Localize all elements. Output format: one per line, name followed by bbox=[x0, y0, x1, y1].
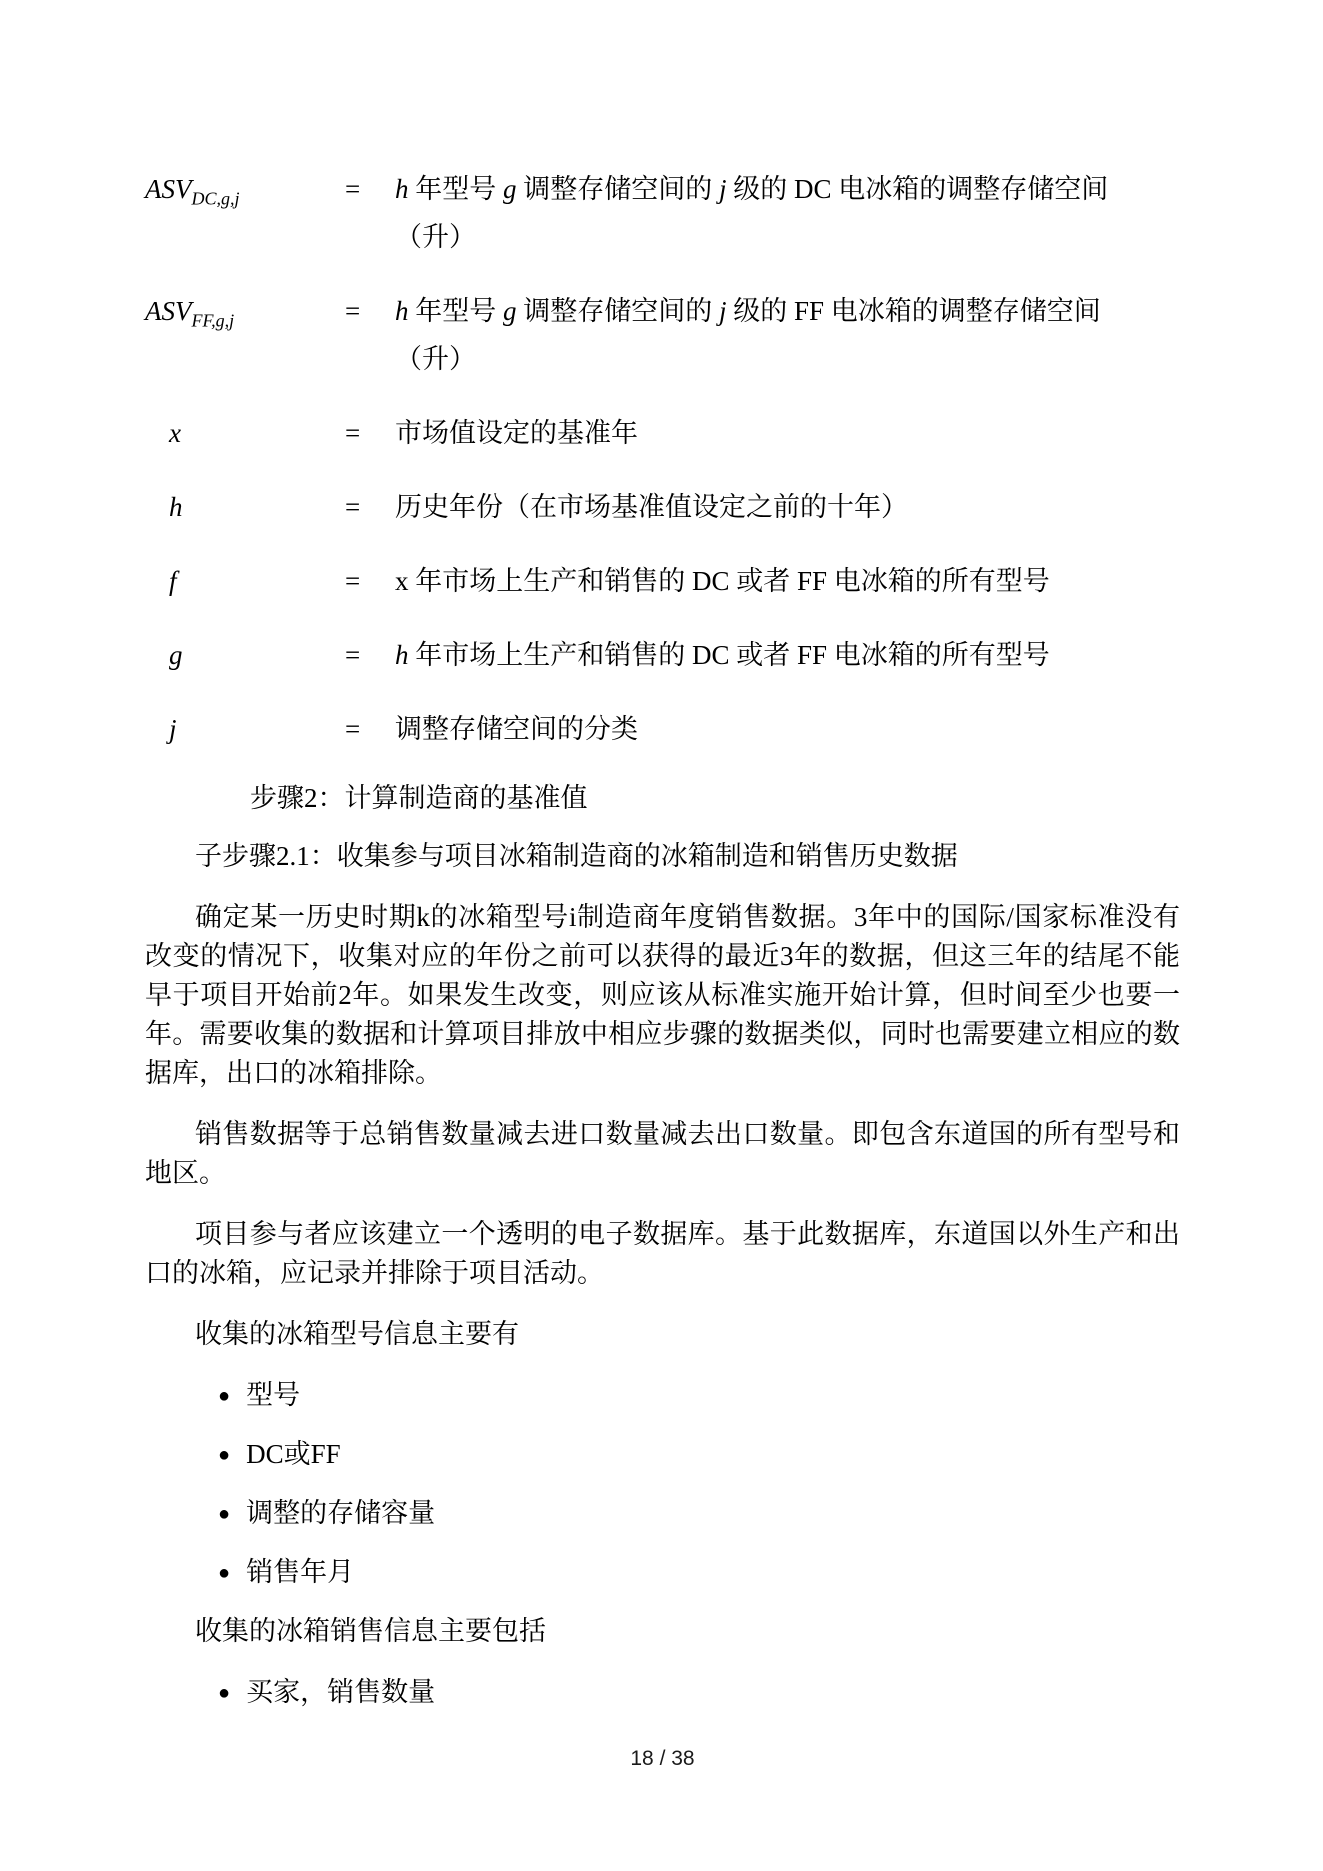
list-item-text: 调整的存储容量 bbox=[246, 1494, 435, 1533]
list-item: ● 买家，销售数量 bbox=[145, 1673, 1180, 1715]
bullet-icon: ● bbox=[218, 1495, 230, 1534]
list-item-text: 销售年月 bbox=[246, 1553, 354, 1592]
definition-row: f = x 年市场上生产和销售的 DC 或者 FF 电冰箱的所有型号 bbox=[145, 557, 1180, 605]
equals-sign: = bbox=[345, 409, 395, 457]
equals-sign: = bbox=[345, 631, 395, 679]
variable-definition: h 年型号 g 调整存储空间的 j 级的 FF 电冰箱的调整存储空间（升） bbox=[395, 287, 1180, 383]
variable-label: h bbox=[145, 483, 345, 531]
document-page: ASVDC,g,j = h 年型号 g 调整存储空间的 j 级的 DC 电冰箱的… bbox=[0, 0, 1323, 1871]
list-lead-sales-info: 收集的冰箱销售信息主要包括 bbox=[145, 1612, 1180, 1651]
variable-subscript: DC,g,j bbox=[192, 188, 240, 208]
equals-sign: = bbox=[345, 705, 395, 753]
paragraph: 销售数据等于总销售数量减去进口数量减去出口数量。即包含东道国的所有型号和地区。 bbox=[145, 1115, 1180, 1193]
list-lead-model-info: 收集的冰箱型号信息主要有 bbox=[145, 1315, 1180, 1354]
equals-sign: = bbox=[345, 557, 395, 605]
step-heading: 步骤2：计算制造商的基准值 bbox=[145, 779, 1180, 818]
equals-sign: = bbox=[345, 287, 395, 335]
definition-row: x = 市场值设定的基准年 bbox=[145, 409, 1180, 457]
variable-definition: h 年市场上生产和销售的 DC 或者 FF 电冰箱的所有型号 bbox=[395, 631, 1180, 679]
bullet-icon: ● bbox=[218, 1554, 230, 1593]
equals-sign: = bbox=[345, 165, 395, 213]
list-item: ● 调整的存储容量 bbox=[145, 1494, 1180, 1536]
list-item-text: 型号 bbox=[246, 1376, 300, 1415]
bullet-icon: ● bbox=[218, 1436, 230, 1475]
variable-label: ASVDC,g,j bbox=[145, 165, 345, 213]
variable-subscript: FF,g,j bbox=[192, 310, 235, 330]
variable-definition: 调整存储空间的分类 bbox=[395, 705, 1180, 753]
variable-definition: h 年型号 g 调整存储空间的 j 级的 DC 电冰箱的调整存储空间（升） bbox=[395, 165, 1180, 261]
equals-sign: = bbox=[345, 483, 395, 531]
paragraph: 项目参与者应该建立一个透明的电子数据库。基于此数据库，东道国以外生产和出口的冰箱… bbox=[145, 1215, 1180, 1293]
variable-label: ASVFF,g,j bbox=[145, 287, 345, 335]
model-info-list: ● 型号 ● DC或FF ● 调整的存储容量 ● 销售年月 bbox=[145, 1376, 1180, 1595]
sales-info-list: ● 买家，销售数量 bbox=[145, 1673, 1180, 1715]
list-item-text: 买家，销售数量 bbox=[246, 1673, 435, 1712]
definition-row: h = 历史年份（在市场基准值设定之前的十年） bbox=[145, 483, 1180, 531]
variable-definition: 市场值设定的基准年 bbox=[395, 409, 1180, 457]
variable-definition: x 年市场上生产和销售的 DC 或者 FF 电冰箱的所有型号 bbox=[395, 557, 1180, 605]
variable-label: g bbox=[145, 631, 345, 679]
list-item: ● 型号 bbox=[145, 1376, 1180, 1418]
page-content: ASVDC,g,j = h 年型号 g 调整存储空间的 j 级的 DC 电冰箱的… bbox=[0, 0, 1323, 1772]
definition-row: ASVFF,g,j = h 年型号 g 调整存储空间的 j 级的 FF 电冰箱的… bbox=[145, 287, 1180, 383]
definition-row: g = h 年市场上生产和销售的 DC 或者 FF 电冰箱的所有型号 bbox=[145, 631, 1180, 679]
variable-label: f bbox=[145, 557, 345, 605]
list-item: ● 销售年月 bbox=[145, 1553, 1180, 1595]
variable-label: j bbox=[145, 705, 345, 753]
substep-heading: 子步骤2.1：收集参与项目冰箱制造商的冰箱制造和销售历史数据 bbox=[145, 837, 1180, 876]
page-number: 18 / 38 bbox=[145, 1745, 1180, 1772]
variable-definition: 历史年份（在市场基准值设定之前的十年） bbox=[395, 483, 1180, 531]
definition-row: j = 调整存储空间的分类 bbox=[145, 705, 1180, 753]
definition-list: ASVDC,g,j = h 年型号 g 调整存储空间的 j 级的 DC 电冰箱的… bbox=[145, 165, 1180, 753]
definition-row: ASVDC,g,j = h 年型号 g 调整存储空间的 j 级的 DC 电冰箱的… bbox=[145, 165, 1180, 261]
paragraph: 确定某一历史时期k的冰箱型号i制造商年度销售数据。3年中的国际/国家标准没有改变… bbox=[145, 898, 1180, 1093]
list-item-text: DC或FF bbox=[246, 1435, 341, 1474]
bullet-icon: ● bbox=[218, 1674, 230, 1713]
bullet-icon: ● bbox=[218, 1377, 230, 1416]
variable-label: x bbox=[145, 409, 345, 457]
list-item: ● DC或FF bbox=[145, 1435, 1180, 1477]
